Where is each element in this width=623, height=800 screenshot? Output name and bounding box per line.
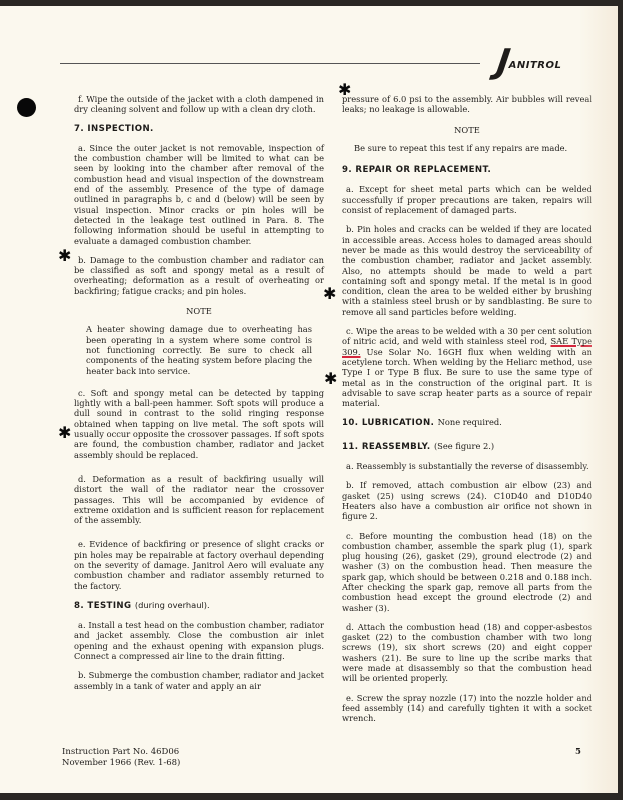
footer-date: November 1966 (Rev. 1-68): [62, 758, 180, 769]
paragraph-7c: c. Soft and spongy metal can be detected…: [74, 388, 324, 460]
section-10-subtitle: None required.: [438, 417, 502, 427]
paragraph-11c: c. Before mounting the combustion head (…: [342, 531, 592, 613]
section-10-title: 10. LUBRICATION.: [342, 418, 434, 428]
paragraph-6f: f. Wipe the outside of the jacket with a…: [74, 94, 324, 115]
paragraph-11b: b. If removed, attach combustion air elb…: [342, 480, 592, 521]
paragraph-9c: c. Wipe the areas to be welded with a 30…: [342, 326, 592, 408]
section-7-heading: 7. INSPECTION.: [74, 124, 324, 134]
header-rule: [60, 63, 480, 64]
section-8-heading: 8. TESTING (during overhaul).: [74, 600, 324, 611]
paragraph-7a: a. Since the outer jacket is not removab…: [74, 143, 324, 246]
paragraph-11a: a. Reassembly is substantially the rever…: [342, 461, 592, 471]
note-body: Be sure to repeat this test if any repai…: [354, 143, 580, 153]
punch-hole: [17, 98, 36, 117]
margin-asterisk-icon: ✱: [324, 371, 337, 387]
left-column: f. Wipe the outside of the jacket with a…: [74, 94, 324, 700]
section-8-subtitle: (during overhaul).: [135, 600, 210, 610]
section-11-title: 11. REASSEMBLY.: [342, 442, 431, 452]
paragraph-11d: d. Attach the combustion head (18) and c…: [342, 622, 592, 684]
section-11-heading: 11. REASSEMBLY. (See figure 2.): [342, 441, 592, 452]
note-heading: NOTE: [74, 306, 324, 316]
paragraph-8b-continued: pressure of 6.0 psi to the assembly. Air…: [342, 94, 592, 115]
section-8-title: 8. TESTING: [74, 601, 131, 611]
section-9-heading: 9. REPAIR OR REPLACEMENT.: [342, 165, 592, 175]
right-column: pressure of 6.0 psi to the assembly. Air…: [342, 94, 592, 733]
paragraph-11e: e. Screw the spray nozzle (17) into the …: [342, 693, 592, 724]
footer-part-number: Instruction Part No. 46D06: [62, 747, 180, 758]
section-10-heading: 10. LUBRICATION. None required.: [342, 417, 592, 428]
document-page: J ANITROL ✱ ✱ ✱ ✱ ✱ f. Wipe the outside …: [0, 6, 618, 793]
section-11-subtitle: (See figure 2.): [434, 441, 494, 451]
note-heading: NOTE: [342, 125, 592, 135]
paragraph-7b: b. Damage to the combustion chamber and …: [74, 255, 324, 296]
margin-asterisk-icon: ✱: [323, 286, 336, 302]
footer: Instruction Part No. 46D06 November 1966…: [62, 747, 180, 769]
paragraph-9a: a. Except for sheet metal parts which ca…: [342, 184, 592, 215]
paragraph-8a: a. Install a test head on the combustion…: [74, 620, 324, 661]
paragraph-9b: b. Pin holes and cracks can be welded if…: [342, 224, 592, 317]
logo-text: ANITROL: [509, 60, 562, 71]
paragraph-7e: e. Evidence of backfiring or presence of…: [74, 539, 324, 590]
logo-initial: J: [495, 45, 510, 79]
paragraph-8b: b. Submerge the combustion chamber, radi…: [74, 670, 324, 691]
paragraph-9c-end: Use Solar No. 16GH flux when welding wit…: [342, 347, 592, 408]
paragraph-7d: d. Deformation as a result of backfiring…: [74, 474, 324, 525]
note-body: A heater showing damage due to overheati…: [86, 324, 312, 375]
margin-asterisk-icon: ✱: [58, 425, 71, 441]
janitrol-logo: J ANITROL: [497, 39, 561, 79]
margin-asterisk-icon: ✱: [58, 248, 71, 264]
page-number: 5: [575, 747, 581, 757]
